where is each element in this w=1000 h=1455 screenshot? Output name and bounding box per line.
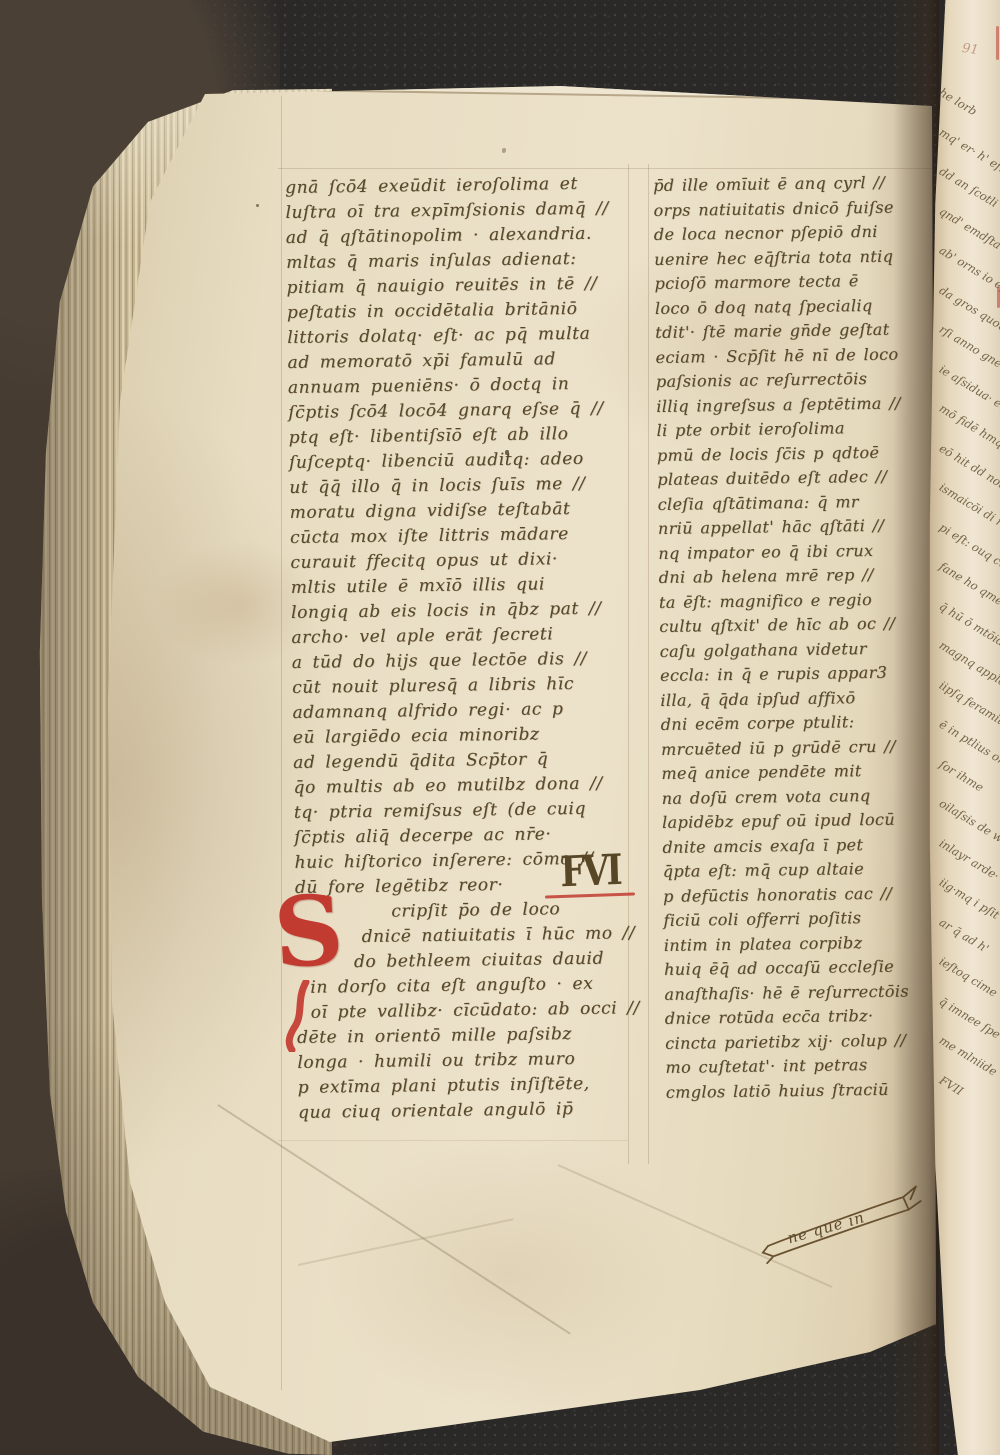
chapter-numeral: FVI — [540, 854, 640, 897]
manuscript-line: do bethleem ciuitas dauid — [296, 946, 656, 976]
manuscript-photo: gnā ſcō4 exeūdit ieroſolima etluſtra oī … — [0, 0, 1000, 1455]
manuscript-line: ſc̄ptis ſcō4 locō4 gnarq eſse q̄ // — [288, 396, 648, 426]
manuscript-page: gnā ſcō4 exeūdit ieroſolima etluſtra oī … — [88, 84, 944, 1452]
edge-text-fragment: oilaſsis de w — [937, 798, 998, 841]
edge-text-fragment: ismaicōi di rot' — [937, 482, 998, 525]
red-initial-tail — [284, 980, 314, 1052]
edge-text-fragment: pi eſt: ouq cula — [937, 521, 998, 564]
edge-text-fragment: q̄ hū ō mtōid· m — [937, 600, 998, 643]
edge-text-fragment: ſor ihme — [937, 758, 998, 801]
edge-text-fragment: eō hit dd noto — [937, 442, 998, 485]
edge-text-fragment: q̄ imnee ſpe — [937, 995, 998, 1038]
folio-number: 91 — [961, 41, 979, 58]
edge-text-fragment: magnq apploq — [937, 640, 998, 683]
parchment-crease — [218, 1104, 571, 1334]
edge-text-fragment: inlayr arde· — [937, 837, 998, 880]
manuscript-line: ad q̄ qſtātinopolim · alexandria. — [286, 221, 646, 251]
edge-text-fragment: ar q̄ ad h' — [937, 916, 998, 959]
edge-text-fragment: me mlniide — [937, 1035, 998, 1078]
edge-text-fragment: he lorb — [937, 87, 998, 130]
edge-text-fragment: qnd' emdſta — [937, 205, 998, 248]
manuscript-line: qua ciuq orientale angulō ip̄ — [298, 1096, 658, 1126]
edge-text-fragment: ie aſsidua· et — [937, 363, 998, 406]
edge-text-fragment: fane ho qmelbz — [937, 561, 998, 604]
ruling-line — [281, 96, 282, 1390]
edge-text-fragment: ieſtoq cime — [937, 956, 998, 999]
manuscript-line: q̄o multis ab eo mutilbz dona // — [293, 771, 653, 801]
ink-speck — [502, 148, 506, 153]
edge-text-fragment: mō fidē hmq — [937, 403, 998, 446]
red-initial-s: S — [272, 882, 346, 981]
ruling-line — [278, 168, 933, 169]
edge-text-fragment: iipſq feramitti — [937, 679, 998, 722]
edge-text-fragment: ē in ptlius ondit — [937, 719, 998, 762]
edge-text-fragment: da gros quoq — [937, 284, 998, 327]
edge-text-fragment: dd an ſcotli — [937, 166, 998, 209]
edge-text-fragment: FVII — [937, 1074, 998, 1117]
edge-text-fragment: ab' orns io eſt — [937, 245, 998, 288]
edge-text-fragment: mq' er· h' eſt — [937, 126, 998, 169]
manuscript-line: pitiam q̄ nauigio reuitēs in tē // — [286, 271, 646, 301]
edge-text-fragment: rſi anno gnecte — [937, 324, 998, 367]
margin-punctus — [256, 204, 259, 207]
edge-text-fragments: he lorbmq' er· h' eſtdd an ſcotliqnd' em… — [940, 86, 1000, 1113]
chapter-numeral-text: FVI — [539, 848, 640, 895]
edge-text-fragment: iig·mq i pſit — [937, 877, 998, 920]
ruling-line — [278, 1140, 628, 1141]
manuscript-line: oī pte vallibz· cīcūdato: ab occi // — [297, 996, 657, 1026]
manuscript-line: longiq ab eis locis in q̄bz pat // — [291, 596, 651, 626]
fore-edge-red-mark — [996, 26, 999, 60]
